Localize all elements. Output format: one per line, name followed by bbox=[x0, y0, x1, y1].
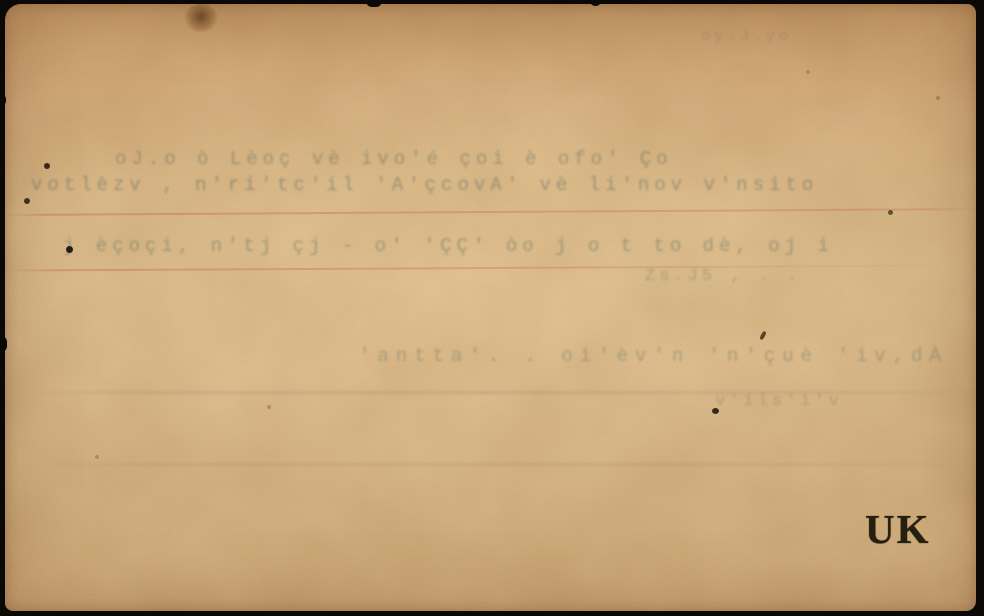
fiber-speck bbox=[95, 455, 99, 459]
ruled-line-red-2 bbox=[5, 264, 976, 271]
showthrough-text-6: 'antta'. . oi'èv'n 'n'çuè 'iv,dÀ bbox=[359, 345, 948, 367]
uk-stamp-label: UK bbox=[865, 505, 931, 553]
showthrough-text-2: oJ.o ò Lèoç vè ivo'é çoi è ofo' Ço bbox=[115, 148, 673, 170]
ink-speck bbox=[44, 163, 50, 169]
brown-stain bbox=[184, 4, 218, 32]
ruled-line-faint-2 bbox=[5, 463, 976, 466]
showthrough-text-4: j èçoçi, n'tj çj - o' 'ÇÇ' òo j o t to d… bbox=[63, 235, 834, 257]
showthrough-text-3: votlèzv , n'ri'tc'il 'A'çcovA' vè li'nov… bbox=[31, 174, 818, 196]
ruled-line-red-1 bbox=[5, 208, 976, 216]
scanner-bed: oy.J.yo oJ.o ò Lèoç vè ivo'é çoi è ofo' … bbox=[0, 0, 984, 616]
ink-speck bbox=[712, 408, 719, 414]
showthrough-text-1: oy.J.yo bbox=[701, 28, 792, 45]
showthrough-text-7: v'ils'i'v bbox=[715, 392, 843, 411]
fiber-speck bbox=[936, 96, 940, 100]
scanned-index-card: oy.J.yo oJ.o ò Lèoç vè ivo'é çoi è ofo' … bbox=[5, 4, 976, 611]
fiber-speck bbox=[806, 70, 810, 74]
ink-speck bbox=[24, 198, 30, 204]
ruled-line-faint-1 bbox=[5, 391, 976, 394]
fiber-speck bbox=[267, 405, 271, 409]
paper-texture bbox=[5, 4, 976, 611]
showthrough-text-5: Zs.J5 , . . bbox=[645, 267, 801, 286]
ink-speck bbox=[66, 246, 73, 253]
ink-speck bbox=[888, 210, 893, 215]
fiber-speck bbox=[759, 331, 767, 341]
